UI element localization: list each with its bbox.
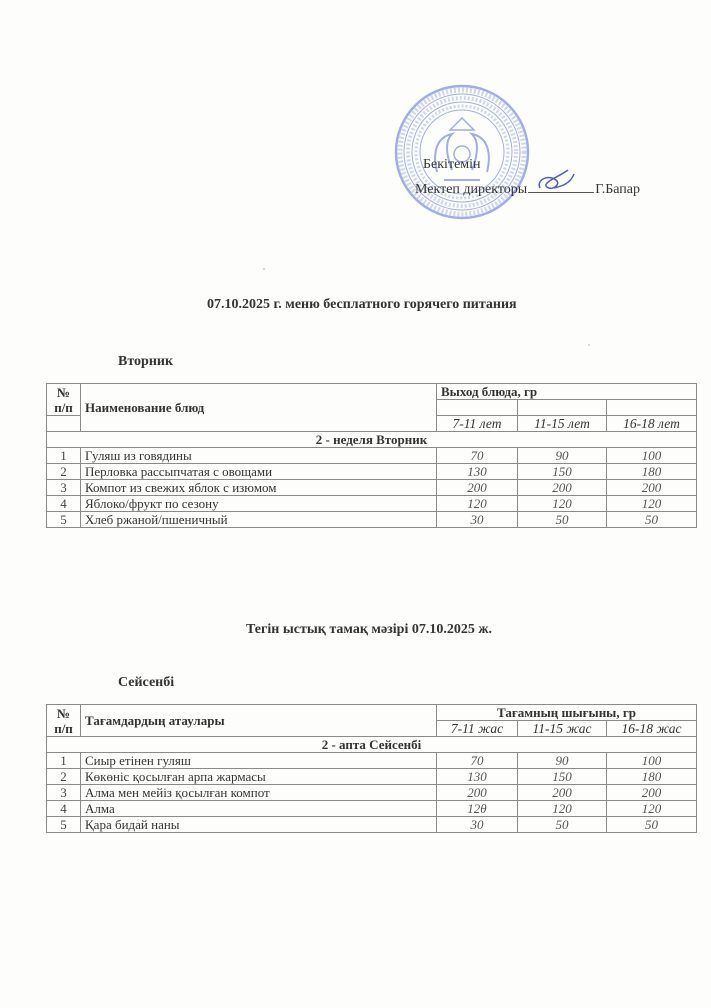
dish-name: Яблоко/фрукт по сезону: [81, 496, 437, 512]
portion-7-11: 130: [437, 464, 518, 480]
col-yield-header: Тағамның шығыны, гр: [437, 705, 697, 721]
dish-name: Хлеб ржаной/пшеничный: [81, 512, 437, 528]
portion-7-11: 70: [437, 753, 518, 769]
scan-speck: [263, 268, 265, 270]
portion-7-11: 200: [437, 480, 518, 496]
portion-16-18: 100: [607, 448, 697, 464]
approval-label: Бекітемін: [423, 157, 481, 173]
menu-title-ru: 07.10.2025 г. меню бесплатного горячего …: [207, 297, 517, 313]
day-label-ru: Вторник: [118, 354, 173, 370]
day-label-kz: Сейсенбі: [118, 675, 174, 691]
table-row: 2Перловка рассыпчатая с овощами130150180: [47, 464, 697, 480]
director-name: Г.Бапар: [595, 182, 640, 197]
portion-7-11: 200: [437, 785, 518, 801]
portion-16-18: 120: [607, 496, 697, 512]
portion-16-18: 120: [607, 801, 697, 817]
table-row: 2Көкөніс қосылған арпа жармасы130150180: [47, 769, 697, 785]
table-row: 3Компот из свежих яблок с изюмом20020020…: [47, 480, 697, 496]
portion-16-18: 200: [607, 785, 697, 801]
portion-16-18: 180: [607, 769, 697, 785]
col-num-header: № п/п: [47, 705, 81, 737]
portion-16-18: 200: [607, 480, 697, 496]
dish-name: Сиыр етінен гуляш: [81, 753, 437, 769]
row-number: 3: [47, 785, 81, 801]
table-row: 4Яблоко/фрукт по сезону120120120: [47, 496, 697, 512]
portion-11-15: 120: [518, 801, 607, 817]
portion-16-18: 180: [607, 464, 697, 480]
portion-11-15: 150: [518, 464, 607, 480]
table-row: 5Қара бидай наны305050: [47, 817, 697, 833]
row-number: 4: [47, 496, 81, 512]
age-header: 11-15 жас: [518, 721, 607, 737]
portion-16-18: 100: [607, 753, 697, 769]
col-yield-header: Выход блюда, гр: [437, 384, 697, 400]
dish-name: Алма: [81, 801, 437, 817]
approval-signature-line: Мектеп директорыГ.Бапар: [415, 180, 640, 198]
age-header: 16-18 лет: [607, 416, 697, 432]
table-row: 1Гуляш из говядины7090100: [47, 448, 697, 464]
row-number: 2: [47, 769, 81, 785]
portion-7-11: 30: [437, 512, 518, 528]
menu-title-kz: Тегін ыстық тамақ мәзірі 07.10.2025 ж.: [246, 622, 492, 638]
portion-11-15: 90: [518, 753, 607, 769]
portion-16-18: 50: [607, 817, 697, 833]
portion-7-11: 130: [437, 769, 518, 785]
row-number: 5: [47, 512, 81, 528]
director-label: Мектеп директоры: [415, 182, 527, 197]
row-number: 5: [47, 817, 81, 833]
table-header-row: № п/п Наименование блюд Выход блюда, гр: [47, 384, 697, 400]
menu-table-ru: № п/п Наименование блюд Выход блюда, гр …: [46, 383, 697, 528]
row-number: 1: [47, 753, 81, 769]
row-number: 2: [47, 464, 81, 480]
table-row: 1Сиыр етінен гуляш7090100: [47, 753, 697, 769]
row-number: 4: [47, 801, 81, 817]
portion-11-15: 120: [518, 496, 607, 512]
age-header: 7-11 лет: [437, 416, 518, 432]
week-label: 2 - неделя Вторник: [47, 432, 697, 448]
week-row: 2 - неделя Вторник: [47, 432, 697, 448]
col-name-header: Тағамдардың атаулары: [81, 705, 437, 737]
week-label: 2 - апта Сейсенбі: [47, 737, 697, 753]
portion-11-15: 90: [518, 448, 607, 464]
portion-7-11: 12θ: [437, 801, 518, 817]
dish-name: Алма мен мейіз қосылған компот: [81, 785, 437, 801]
dish-name: Компот из свежих яблок с изюмом: [81, 480, 437, 496]
week-row: 2 - апта Сейсенбі: [47, 737, 697, 753]
menu-table-kz: № п/п Тағамдардың атаулары Тағамның шығы…: [46, 704, 697, 833]
portion-7-11: 120: [437, 496, 518, 512]
dish-name: Перловка рассыпчатая с овощами: [81, 464, 437, 480]
signature-icon: [534, 166, 584, 196]
portion-11-15: 200: [518, 785, 607, 801]
col-name-header: Наименование блюд: [81, 384, 437, 432]
table-row: 5Хлеб ржаной/пшеничный305050: [47, 512, 697, 528]
portion-11-15: 200: [518, 480, 607, 496]
portion-7-11: 70: [437, 448, 518, 464]
table-row: 4Алма12θ120120: [47, 801, 697, 817]
school-seal-stamp-icon: [392, 82, 532, 222]
portion-16-18: 50: [607, 512, 697, 528]
age-header: 16-18 жас: [607, 721, 697, 737]
portion-11-15: 150: [518, 769, 607, 785]
age-header: 7-11 жас: [437, 721, 518, 737]
age-header: 11-15 лет: [518, 416, 607, 432]
table-header-row: № п/п Тағамдардың атаулары Тағамның шығы…: [47, 705, 697, 721]
signature-field: [528, 180, 594, 193]
row-number: 3: [47, 480, 81, 496]
portion-11-15: 50: [518, 512, 607, 528]
dish-name: Гуляш из говядины: [81, 448, 437, 464]
portion-7-11: 30: [437, 817, 518, 833]
dish-name: Көкөніс қосылған арпа жармасы: [81, 769, 437, 785]
dish-name: Қара бидай наны: [81, 817, 437, 833]
row-number: 1: [47, 448, 81, 464]
portion-11-15: 50: [518, 817, 607, 833]
scan-speck: [588, 344, 590, 346]
table-row: 3Алма мен мейіз қосылған компот200200200: [47, 785, 697, 801]
col-num-header: № п/п: [47, 384, 81, 416]
